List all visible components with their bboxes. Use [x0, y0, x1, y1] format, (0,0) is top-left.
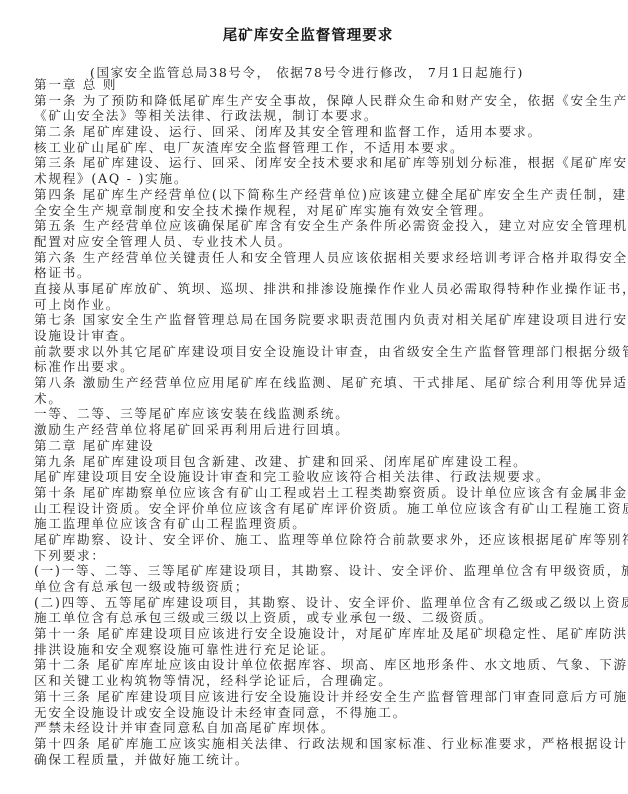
- article-line: 术。: [34, 391, 586, 407]
- article-line: 第十一条 尾矿库建设项目应该进行安全设施设计，对尾矿库库址及尾矿坝稳定性、尾矿库…: [34, 626, 586, 642]
- article-line: 格证书。: [34, 265, 586, 281]
- article-line: 无安全设施设计或安全设施设计未经审查同意，不得施工。: [34, 705, 586, 721]
- article-line: 核工业矿山尾矿库、电厂灰渣库安全监督管理工作，不适用本要求。: [34, 140, 586, 156]
- article-line: 第四条 尾矿库生产经营单位(以下简称生产经营单位)应该建立健全尾矿库安全生产责任…: [34, 187, 586, 203]
- article-line: 下列要求：: [34, 548, 586, 564]
- article-line: 第七条 国家安全生产监督管理总局在国务院要求职责范围内负责对相关尾矿库建设项目进…: [34, 312, 586, 328]
- article-line: 直接从事尾矿库放矿、筑坝、巡坝、排洪和排渗设施操作作业人员必需取得特种作业操作证…: [34, 281, 586, 297]
- article-line: 第十二条 尾矿库库址应该由设计单位依据库容、坝高、库区地形条件、水文地质、气象、…: [34, 657, 586, 673]
- article-line: 前款要求以外其它尾矿库建设项目安全设施设计审查，由省级安全生产监督管理部门根据分…: [34, 344, 586, 360]
- article-line: 第八条 激励生产经营单位应用尾矿库在线监测、尾矿充填、干式排尾、尾矿综合利用等优…: [34, 375, 586, 391]
- article-line: 尾矿库勘察、设计、安全评价、施工、监理等单位除符合前款要求外，还应该根据尾矿库等…: [34, 532, 586, 548]
- article-line: 第九条 尾矿库建设项目包含新建、改建、扩建和回采、闭库尾矿库建设工程。: [34, 454, 586, 470]
- article-line: 第十条 尾矿库勘察单位应该含有矿山工程或岩土工程类勘察资质。设计单位应该含有金属…: [34, 485, 586, 501]
- article-line: 第十四条 尾矿库施工应该实施相关法律、行政法规和国家标准、行业标准要求，严格根据…: [34, 736, 586, 752]
- article-line: 施工监理单位应该含有矿山工程监理资质。: [34, 516, 586, 532]
- article-line: 配置对应安全管理人员、专业技术人员。: [34, 234, 586, 250]
- article-line: (二)四等、五等尾矿库建设项目，其勘察、设计、安全评价、监理单位含有乙级或乙级以…: [34, 595, 586, 611]
- article-line: 可上岗作业。: [34, 297, 586, 313]
- article-line: 激励生产经营单位将尾矿回采再利用后进行回填。: [34, 422, 586, 438]
- article-line: 一等、二等、三等尾矿库应该安装在线监测系统。: [34, 406, 586, 422]
- article-line: 施工单位含有总承包三级或三级以上资质，或专业承包一级、二级资质。: [34, 610, 586, 626]
- chapter-heading: 第一章 总 则: [34, 77, 586, 93]
- article-line: 排洪设施和安全观察设施可靠性进行充足论证。: [34, 642, 586, 658]
- article-line: 第一条 为了预防和降低尾矿库生产安全事故，保障人民群众生命和财产安全，依据《安全…: [34, 93, 586, 109]
- article-line: 山工程设计资质。安全评价单位应该含有尾矿库评价资质。施工单位应该含有矿山工程施工…: [34, 501, 586, 517]
- article-line: 标准作出要求。: [34, 359, 586, 375]
- article-line: 第十三条 尾矿库建设项目应该进行安全设施设计并经安全生产监督管理部门审查同意后方…: [34, 689, 586, 705]
- document-title: 尾矿库安全监督管理要求: [0, 24, 628, 45]
- article-line: 严禁未经设计并审查同意私自加高尾矿库坝体。: [34, 720, 586, 736]
- document-body: 第一章 总 则 第一条 为了预防和降低尾矿库生产安全事故，保障人民群众生命和财产…: [34, 77, 586, 767]
- document-page: 尾矿库安全监督管理要求 (国家安全监管总局38号令， 依据78号令进行修改， 7…: [0, 0, 628, 794]
- article-line: 区和关键工业构筑物等情况，经科学论证后，合理确定。: [34, 673, 586, 689]
- article-line: (一)一等、二等、三等尾矿库建设项目，其勘察、设计、安全评价、监理单位含有甲级资…: [34, 563, 586, 579]
- article-line: 设施设计审查。: [34, 328, 586, 344]
- article-line: 第三条 尾矿库建设、运行、回采、闭库安全技术要求和尾矿库等别划分标准，根据《尾矿…: [34, 155, 586, 171]
- article-line: 全安全生产规章制度和安全技术操作规程，对尾矿库实施有效安全管理。: [34, 203, 586, 219]
- article-line: 单位含有总承包一级或特级资质；: [34, 579, 586, 595]
- chapter-heading: 第二章 尾矿库建设: [34, 438, 586, 454]
- article-line: 确保工程质量，并做好施工统计。: [34, 752, 586, 768]
- article-line: 术规程》(AQ - )实施。: [34, 171, 586, 187]
- article-line: 第五条 生产经营单位应该确保尾矿库含有安全生产条件所必需资金投入，建立对应安全管…: [34, 218, 586, 234]
- article-line: 第六条 生产经营单位关键责任人和安全管理人员应该依据相关要求经培训考评合格并取得…: [34, 250, 586, 266]
- article-line: 《矿山安全法》等相关法律、行政法规，制订本要求。: [34, 108, 586, 124]
- article-line: 尾矿库建设项目安全设施设计审查和完工验收应该符合相关法律、行政法规要求。: [34, 469, 586, 485]
- article-line: 第二条 尾矿库建设、运行、回采、闭库及其安全管理和监督工作，适用本要求。: [34, 124, 586, 140]
